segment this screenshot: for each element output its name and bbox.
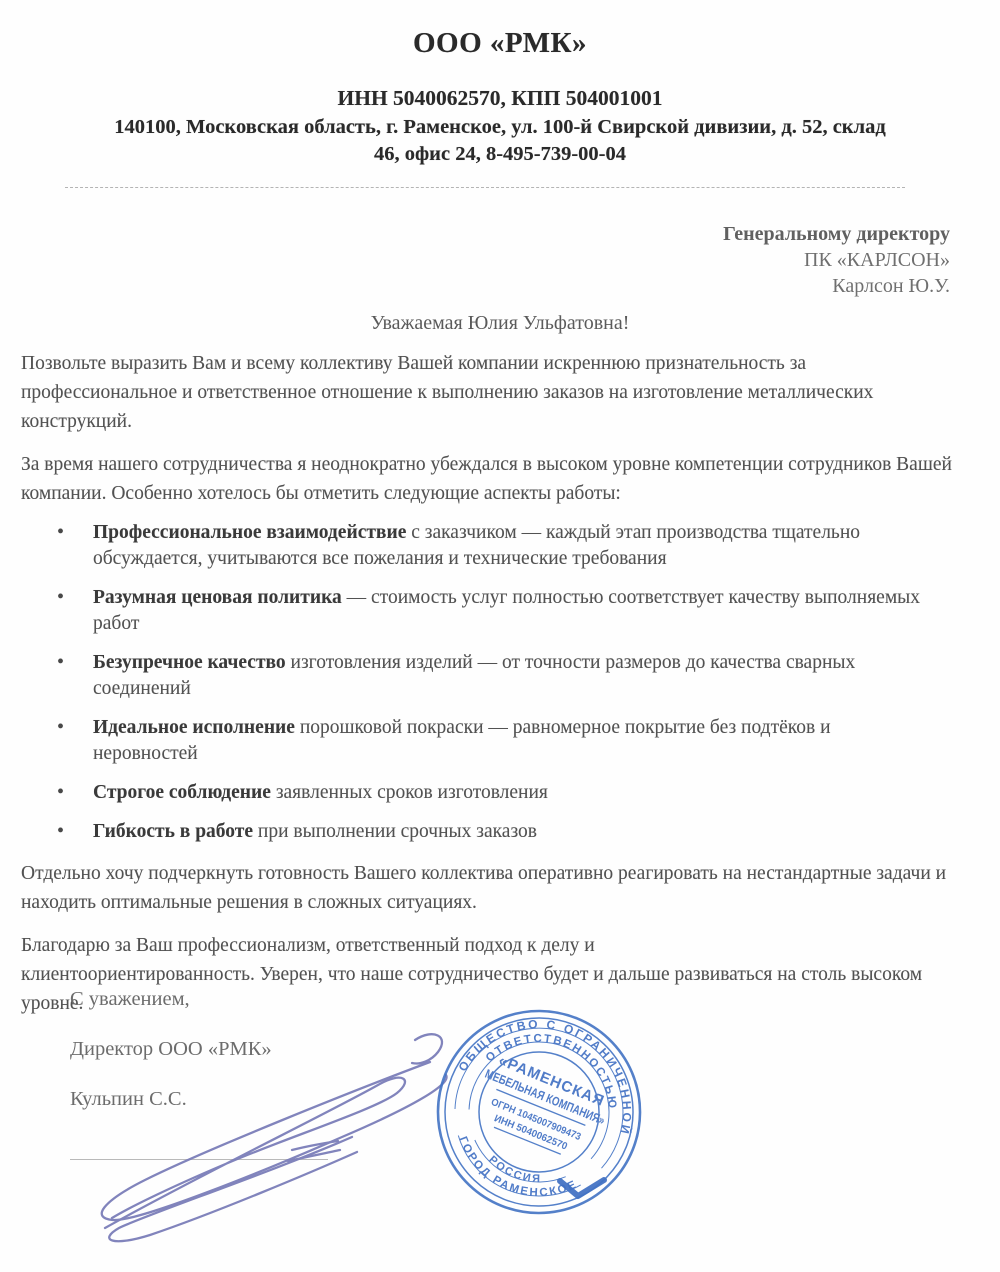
signature-line	[70, 1159, 328, 1160]
signoff-position: Директор ООО «РМК»	[70, 1038, 272, 1061]
signature-stroke	[288, 1141, 340, 1161]
stamp-inn: ИНН 5040062570	[492, 1113, 569, 1153]
bullet-lead: Строгое соблюдение	[93, 782, 271, 803]
list-item: Идеальное исполнение порошковой покраски…	[93, 715, 938, 767]
address-line-2: 46, офис 24, 8-495-739-00-04	[0, 141, 1000, 168]
recipient-title: Генеральному директору	[0, 221, 950, 247]
company-address: 140100, Московская область, г. Раменское…	[0, 114, 1000, 168]
stamp-rule-bottom	[494, 1127, 561, 1154]
bullet-lead: Идеальное исполнение	[93, 717, 295, 738]
recipient-block: Генеральному директору ПК «КАРЛСОН» Карл…	[0, 221, 950, 299]
list-item: Разумная ценовая политика — стоимость ус…	[93, 585, 938, 637]
stamp-mid-ring	[429, 1002, 649, 1222]
bullet-lead: Профессиональное взаимодействие	[93, 522, 406, 543]
stamp-ink-mark	[560, 1180, 604, 1196]
paragraph-3: Отдельно хочу подчеркнуть готовность Ваш…	[21, 859, 958, 917]
list-item: Профессиональное взаимодействие с заказч…	[93, 520, 938, 572]
recipient-person: Карлсон Ю.У.	[0, 273, 950, 299]
stamp-ogrn: ОГРН 1045007909473	[489, 1097, 583, 1143]
stamp-company-line1: «РАМЕНСКАЯ	[496, 1052, 607, 1110]
bullet-lead: Разумная ценовая политика	[93, 587, 342, 608]
svg-text:ОБЩЕСТВО С ОГРАНИЧЕННОЙ: ОБЩЕСТВО С ОГРАНИЧЕННОЙ	[455, 1002, 649, 1140]
svg-text:ОТВЕТСТВЕННОСТЬЮ: ОТВЕТСТВЕННОСТЬЮ	[482, 1012, 636, 1115]
stamp-arc-country: РОССИЯ	[484, 1152, 546, 1191]
recipient-company: ПК «КАРЛСОН»	[0, 247, 950, 273]
appreciation-list: Профессиональное взаимодействие с заказч…	[0, 520, 1000, 845]
company-round-stamp: ОБЩЕСТВО С ОГРАНИЧЕННОЙ ОТВЕТСТВЕННОСТЬЮ…	[429, 1002, 649, 1222]
address-line-1: 140100, Московская область, г. Раменское…	[0, 114, 1000, 141]
signoff-name: Кульпин С.С.	[70, 1088, 272, 1111]
signoff-block: С уважением, Директор ООО «РМК» Кульпин …	[70, 988, 272, 1138]
stamp-rule-top	[496, 1089, 585, 1125]
stamp-company-line2: МЕБЕЛЬНАЯ КОМПАНИЯ»	[483, 1067, 607, 1128]
stamp-inner-ring	[461, 1034, 617, 1190]
paragraph-2: За время нашего сотрудничества я неоднок…	[21, 450, 958, 508]
bullet-lead: Безупречное качество	[93, 652, 286, 673]
svg-text:РОССИЯ: РОССИЯ	[484, 1152, 546, 1191]
svg-text:ГОРОД РАМЕНСКОЕ: ГОРОД РАМЕНСКОЕ	[445, 1132, 583, 1218]
list-item: Безупречное качество изготовления издели…	[93, 650, 938, 702]
inn-kpp-line: ИНН 5040062570, КПП 504001001	[0, 86, 1000, 111]
salutation: Уважаемая Юлия Ульфатовна!	[0, 312, 1000, 335]
bullet-lead: Гибкость в работе	[93, 821, 253, 842]
stamp-arc-legal-form: ОБЩЕСТВО С ОГРАНИЧЕННОЙ	[455, 1002, 649, 1140]
company-name: ООО «РМК»	[0, 0, 1000, 60]
paragraph-4-line1: Благодарю за Ваш профессионализм, ответс…	[21, 935, 595, 956]
signature-stroke	[109, 1137, 357, 1241]
list-item: Гибкость в работе при выполнении срочных…	[93, 819, 938, 845]
stamp-arc-legal-form-2: ОТВЕТСТВЕННОСТЬЮ	[482, 1012, 636, 1115]
letterhead-separator	[65, 187, 905, 188]
stamp-outer-ring	[429, 1002, 649, 1222]
signature-stroke	[412, 1034, 442, 1063]
bullet-text: при выполнении срочных заказов	[253, 821, 537, 842]
stamp-arc-city: ГОРОД РАМЕНСКОЕ	[445, 1132, 583, 1218]
list-item: Строгое соблюдение заявленных сроков изг…	[93, 780, 938, 806]
bullet-text: заявленных сроков изготовления	[271, 782, 548, 803]
signoff-regards: С уважением,	[70, 988, 272, 1011]
letter-page: ООО «РМК» ИНН 5040062570, КПП 504001001 …	[0, 0, 1000, 1272]
paragraph-1: Позвольте выразить Вам и всему коллектив…	[21, 349, 958, 436]
